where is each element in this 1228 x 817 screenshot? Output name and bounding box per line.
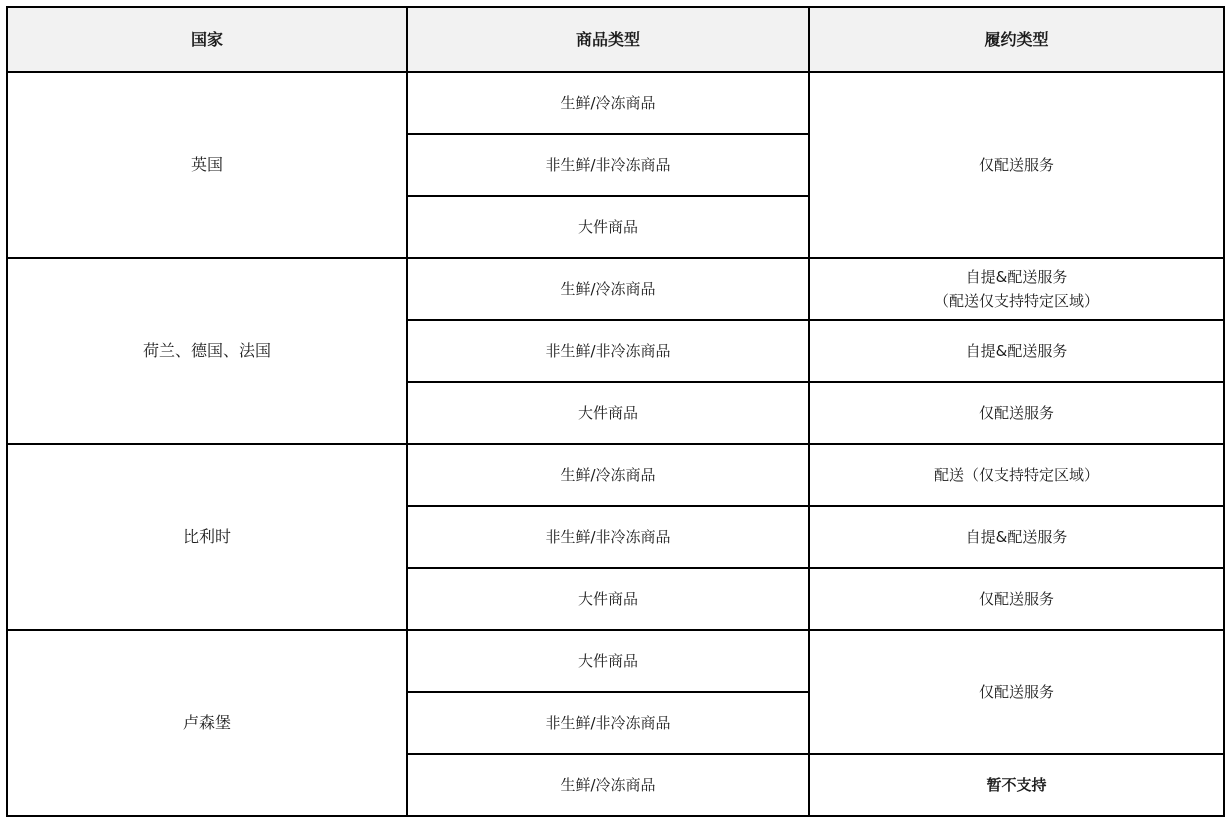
table-row: 比利时 生鲜/冷冻商品 配送（仅支持特定区域） [7,444,1224,506]
table-row: 荷兰、德国、法国 生鲜/冷冻商品 自提&配送服务 （配送仅支持特定区域） [7,258,1224,320]
fulfillment-line-1: 自提&配送服务 [818,265,1215,289]
product-type-cell: 生鲜/冷冻商品 [407,754,809,804]
product-type-cell: 非生鲜/非冷冻商品 [407,320,809,382]
fulfillment-cell: 仅配送服务 [809,630,1224,754]
product-type-cell: 非生鲜/非冷冻商品 [407,134,809,196]
header-row: 国家 商品类型 履约类型 [7,7,1224,72]
product-type-cell: 生鲜/冷冻商品 [407,444,809,506]
fulfillment-cell: 自提&配送服务 [809,320,1224,382]
table-container: 国家 商品类型 履约类型 英国 生鲜/冷冻商品 仅配送服务 非生鲜/非冷冻商品 … [6,6,1225,804]
product-type-cell: 生鲜/冷冻商品 [407,258,809,320]
header-country: 国家 [7,7,407,72]
country-cell: 卢森堡 [7,630,407,804]
table-row: 卢森堡 大件商品 仅配送服务 [7,630,1224,692]
product-type-cell: 大件商品 [407,196,809,258]
product-type-cell: 大件商品 [407,630,809,692]
fulfillment-cell: 自提&配送服务 [809,506,1224,568]
fulfillment-table: 国家 商品类型 履约类型 英国 生鲜/冷冻商品 仅配送服务 非生鲜/非冷冻商品 … [6,6,1225,804]
product-type-cell: 非生鲜/非冷冻商品 [407,506,809,568]
product-type-cell: 生鲜/冷冻商品 [407,72,809,134]
header-fulfillment-type: 履约类型 [809,7,1224,72]
fulfillment-cell: 仅配送服务 [809,568,1224,630]
fulfillment-cell: 配送（仅支持特定区域） [809,444,1224,506]
country-cell: 比利时 [7,444,407,630]
fulfillment-cell: 仅配送服务 [809,72,1224,258]
product-type-cell: 非生鲜/非冷冻商品 [407,692,809,754]
country-cell: 英国 [7,72,407,258]
fulfillment-cell-unsupported: 暂不支持 [809,754,1224,804]
fulfillment-line-2: （配送仅支持特定区域） [818,289,1215,313]
product-type-cell: 大件商品 [407,382,809,444]
product-type-cell: 大件商品 [407,568,809,630]
fulfillment-cell: 自提&配送服务 （配送仅支持特定区域） [809,258,1224,320]
country-cell: 荷兰、德国、法国 [7,258,407,444]
fulfillment-cell: 仅配送服务 [809,382,1224,444]
header-product-type: 商品类型 [407,7,809,72]
table-row: 英国 生鲜/冷冻商品 仅配送服务 [7,72,1224,134]
